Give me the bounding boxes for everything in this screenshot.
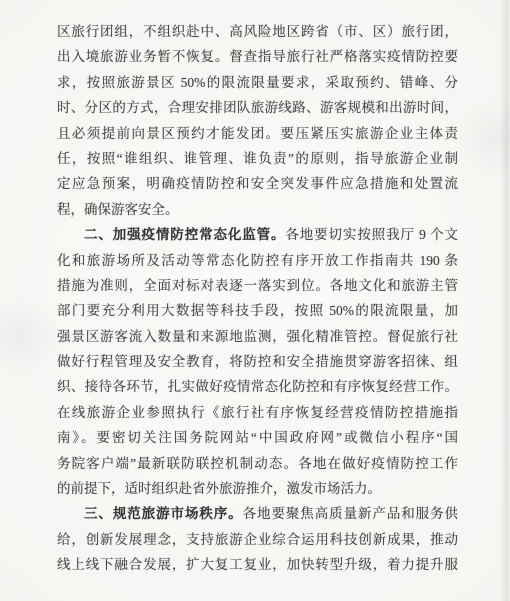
text-line: 区旅行团组，不组织赴中、高风险地区跨省（市、区）旅行团，	[57, 19, 458, 44]
scan-edge-shadow	[500, 0, 510, 601]
document-page: 区旅行团组，不组织赴中、高风险地区跨省（市、区）旅行团， 出入境旅游业务暂不恢复…	[0, 0, 510, 601]
text-line: 求，按照旅游景区 50%的限流限量要求，采取预约、错峰、分	[57, 70, 458, 95]
text-line: 强景区游客流入数量和来源地监测，强化精准管控。督促旅行社	[57, 324, 458, 349]
text-line: 织、接待各环节，扎实做好疫情常态化防控和有序恢复经营工作。	[57, 374, 458, 399]
text-line: 任，按照“谁组织、谁管理、谁负责”的原则，指导旅游企业制	[57, 146, 458, 171]
text-line: 南》。要密切关注国务院网站“中国政府网”或微信小程序“国	[57, 425, 458, 450]
text-line paragraph-end: 程，确保游客安全。	[57, 197, 458, 222]
text-line: 且必须提前向景区预约才能发团。要压紧压实旅游企业主体责	[57, 121, 458, 146]
text-line: 定应急预案，明确疫情防控和安全突发事件应急措施和处置流	[57, 171, 458, 196]
document-text-block: 区旅行团组，不组织赴中、高风险地区跨省（市、区）旅行团， 出入境旅游业务暂不恢复…	[57, 19, 458, 578]
text-line paragraph-end: 的前提下，适时组织赴省外旅游推介，激发市场活力。	[57, 476, 458, 501]
text-line: 部门要充分利用大数据等科技手段，按照 50%的限流限量，加	[57, 298, 458, 323]
text-line: 做好行程管理及安全教育，将防控和安全措施贯穿游客招徕、组	[57, 349, 458, 374]
section-heading-2: 二、加强疫情防控常态化监管。	[84, 227, 285, 242]
text-line: 务院客户端”最新联防联控机制动态。各地在做好疫情防控工作	[57, 451, 458, 476]
text-line: 措施为准则，全面对标对表逐一落实到位。各地文化和旅游主管	[57, 273, 458, 298]
text-line: 化和旅游场所及活动等常态化防控有序开放工作指南共 190 条	[57, 248, 458, 273]
line-text: 各地要聚焦高质量新产品和服务供	[243, 506, 458, 521]
line-text: 各地要切实按照我厅 9 个文	[285, 227, 458, 242]
section-heading-3: 三、规范旅游市场秩序。	[84, 506, 243, 521]
text-line: 时、分区的方式，合理安排团队旅游线路、游客规模和出游时间，	[57, 95, 458, 120]
text-line section-start: 二、加强疫情防控常态化监管。各地要切实按照我厅 9 个文	[57, 222, 458, 247]
text-line: 出入境旅游业务暂不恢复。督查指导旅行社严格落实疫情防控要	[57, 44, 458, 69]
text-line section-start: 三、规范旅游市场秩序。各地要聚焦高质量新产品和服务供	[57, 501, 458, 526]
text-line: 线上线下融合发展，扩大复工复业，加快转型升级，着力提升服	[57, 552, 458, 577]
text-line: 在线旅游企业参照执行《旅行社有序恢复经营疫情防控措施指	[57, 400, 458, 425]
text-line: 给，创新发展理念，支持旅游企业综合运用科技创新成果，推动	[57, 527, 458, 552]
